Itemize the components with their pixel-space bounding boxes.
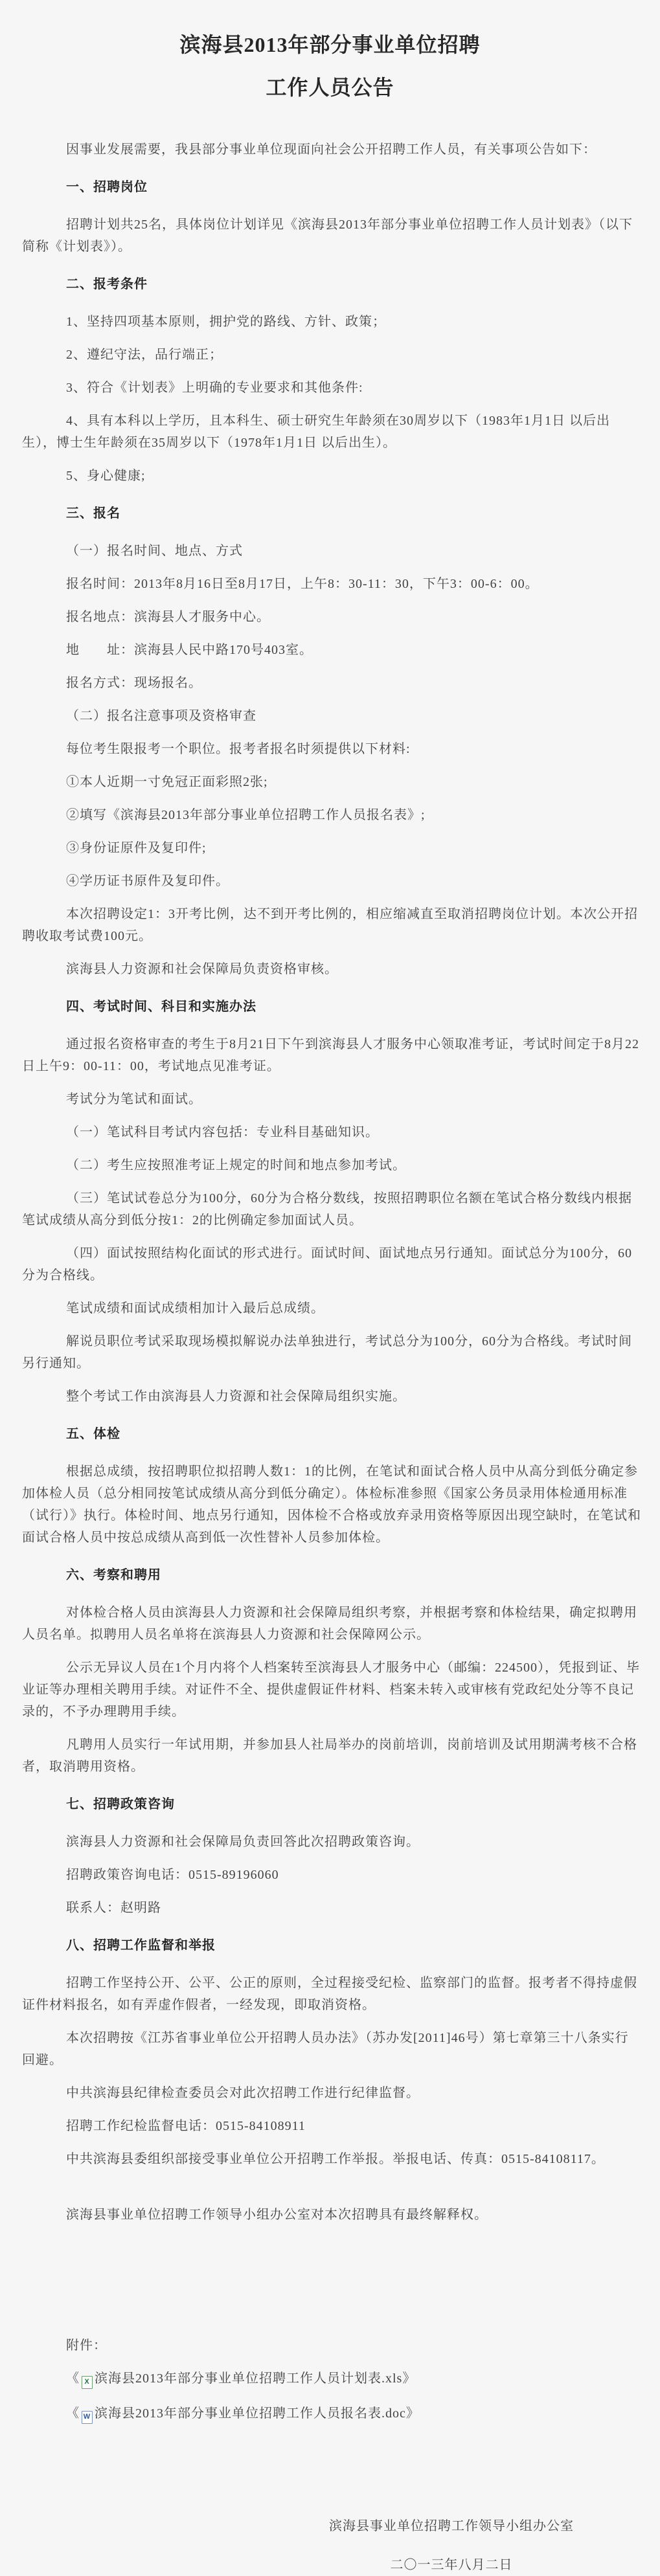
signature-block: 滨海县事业单位招聘工作领导小组办公室 二〇一三年八月二日	[329, 2515, 574, 2576]
document-paragraph: 凡聘用人员实行一年试用期，并参加县人社局举办的岗前培训，岗前培训及试用期满考核不…	[22, 1734, 642, 1778]
section-heading: 七、招聘政策咨询	[22, 1793, 642, 1815]
document-body: 因事业发展需要，我县部分事业单位现面向社会公开招聘工作人员，有关事项公告如下：一…	[0, 109, 660, 2226]
document-paragraph: 地 址：滨海县人民中路170号403室。	[22, 639, 642, 661]
document-paragraph: （四）面试按照结构化面试的形式进行。面试时间、面试地点另行通知。面试总分为100…	[22, 1242, 642, 1286]
section-heading: 三、报名	[22, 502, 642, 524]
document-paragraph: 每位考生限报考一个职位。报考者报名时须提供以下材料:	[22, 738, 642, 760]
page-background: { "page": { "background": "#f6f6f6", "te…	[0, 0, 660, 2576]
document-paragraph: 笔试成绩和面试成绩相加计入最后总成绩。	[22, 1297, 642, 1319]
document-paragraph: 滨海县人力资源和社会保障局负责回答此次招聘政策咨询。	[22, 1831, 642, 1853]
document-paragraph: （一）报名时间、地点、方式	[22, 540, 642, 562]
signature-date: 二〇一三年八月二日	[329, 2554, 574, 2576]
section-heading: 一、招聘岗位	[22, 176, 642, 198]
document-paragraph: 2、遵纪守法，品行端正；	[22, 344, 642, 366]
document-paragraph: 因事业发展需要，我县部分事业单位现面向社会公开招聘工作人员，有关事项公告如下：	[22, 139, 642, 161]
document-paragraph: 1、坚持四项基本原则，拥护党的路线、方针、政策；	[22, 311, 642, 333]
announcement-document: 滨海县2013年部分事业单位招聘 工作人员公告 因事业发展需要，我县部分事业单位…	[0, 0, 660, 2576]
document-paragraph: ②填写《滨海县2013年部分事业单位招聘工作人员报名表》;	[22, 804, 642, 826]
document-paragraph: （一）笔试科目考试内容包括：专业科目基础知识。	[22, 1121, 642, 1143]
document-paragraph: 5、身心健康;	[22, 465, 642, 487]
document-paragraph: 本次招聘设定1：3开考比例，达不到开考比例的，相应缩减直至取消招聘岗位计划。本次…	[22, 903, 642, 947]
document-paragraph: 报名方式：现场报名。	[22, 672, 642, 694]
document-paragraph: ①本人近期一寸免冠正面彩照2张;	[22, 771, 642, 793]
document-paragraph: 招聘工作坚持公开、公平、公正的原则，全过程接受纪检、监察部门的监督。报考者不得持…	[22, 1972, 642, 2016]
document-paragraph: 滨海县人力资源和社会保障局负责资格审核。	[22, 958, 642, 980]
document-paragraph: 本次招聘按《江苏省事业单位公开招聘人员办法》（苏办发[2011]46号）第七章第…	[22, 2027, 642, 2071]
document-paragraph: 招聘政策咨询电话：0515-89196060	[22, 1864, 642, 1886]
xls-file-icon	[82, 2376, 93, 2389]
attachment-close-bracket: 》	[402, 2371, 416, 2386]
title-line-1: 滨海县2013年部分事业单位招聘	[0, 23, 660, 66]
document-paragraph: 公示无异议人员在1个月内将个人档案转至滨海县人才服务中心（邮编：224500），…	[22, 1657, 642, 1723]
document-paragraph: ④学历证书原件及复印件。	[22, 870, 642, 892]
document-paragraph: 中共滨海县纪律检查委员会对此次招聘工作进行纪律监督。	[22, 2082, 642, 2104]
document-paragraph: 招聘计划共25名，具体岗位计划详见《滨海县2013年部分事业单位招聘工作人员计划…	[22, 214, 642, 258]
attachment-item[interactable]: 《滨海县2013年部分事业单位招聘工作人员计划表.xls》	[22, 2368, 642, 2390]
attachment-filename[interactable]: 滨海县2013年部分事业单位招聘工作人员计划表.xls	[95, 2371, 402, 2386]
document-paragraph: ③身份证原件及复印件;	[22, 837, 642, 859]
section-heading: 二、报考条件	[22, 273, 642, 295]
document-paragraph: 滨海县事业单位招聘工作领导小组办公室对本次招聘具有最终解释权。	[22, 2204, 642, 2226]
document-title: 滨海县2013年部分事业单位招聘 工作人员公告	[0, 23, 660, 109]
document-paragraph: 整个考试工作由滨海县人力资源和社会保障局组织实施。	[22, 1385, 642, 1407]
document-paragraph: （二）考生应按照准考证上规定的时间和地点参加考试。	[22, 1154, 642, 1176]
document-paragraph: （二）报名注意事项及资格审查	[22, 705, 642, 727]
attachment-close-bracket: 》	[406, 2406, 420, 2421]
document-paragraph: 3、符合《计划表》上明确的专业要求和其他条件:	[22, 377, 642, 399]
signature-org: 滨海县事业单位招聘工作领导小组办公室	[329, 2515, 574, 2537]
attachment-filename[interactable]: 滨海县2013年部分事业单位招聘工作人员报名表.doc	[95, 2406, 406, 2421]
document-paragraph: 根据总成绩，按招聘职位拟招聘人数1：1的比例，在笔试和面试合格人员中从高分到低分…	[22, 1461, 642, 1549]
doc-file-icon	[82, 2411, 93, 2424]
attachment-open-bracket: 《	[66, 2406, 80, 2421]
document-paragraph: 考试分为笔试和面试。	[22, 1088, 642, 1110]
attachments-label: 附件：	[22, 2335, 642, 2357]
document-paragraph: 报名地点：滨海县人才服务中心。	[22, 606, 642, 628]
document-paragraph: 解说员职位考试采取现场模拟解说办法单独进行，考试总分为100分，60分为合格线。…	[22, 1330, 642, 1374]
document-paragraph: 联系人：赵明路	[22, 1897, 642, 1919]
document-paragraph: 4、具有本科以上学历，且本科生、硕士研究生年龄须在30周岁以下（1983年1月1…	[22, 410, 642, 454]
section-heading: 六、考察和聘用	[22, 1564, 642, 1586]
document-paragraph: 通过报名资格审查的考生于8月21日下午到滨海县人才服务中心领取准考证，考试时间定…	[22, 1033, 642, 1077]
document-paragraph: 对体检合格人员由滨海县人力资源和社会保障局组织考察，并根据考察和体检结果，确定拟…	[22, 1602, 642, 1646]
document-paragraph: 报名时间：2013年8月16日至8月17日，上午8：30-11：30，下午3：0…	[22, 573, 642, 595]
document-paragraph: 招聘工作纪检监督电话：0515-84108911	[22, 2115, 642, 2137]
section-heading: 四、考试时间、科目和实施办法	[22, 996, 642, 1018]
attachment-item[interactable]: 《滨海县2013年部分事业单位招聘工作人员报名表.doc》	[22, 2402, 642, 2425]
attachment-open-bracket: 《	[66, 2371, 80, 2386]
attachments-list: 《滨海县2013年部分事业单位招聘工作人员计划表.xls》 《滨海县2013年部…	[22, 2368, 642, 2425]
document-paragraph: （三）笔试试卷总分为100分，60分为合格分数线，按照招聘职位名额在笔试合格分数…	[22, 1187, 642, 1231]
document-paragraph: 中共滨海县委组织部接受事业单位公开招聘工作举报。举报电话、传真：0515-841…	[22, 2148, 642, 2170]
section-heading: 五、体检	[22, 1423, 642, 1445]
title-line-2: 工作人员公告	[0, 66, 660, 109]
section-heading: 八、招聘工作监督和举报	[22, 1934, 642, 1956]
attachments-section: 附件： 《滨海县2013年部分事业单位招聘工作人员计划表.xls》 《滨海县20…	[0, 2335, 660, 2425]
